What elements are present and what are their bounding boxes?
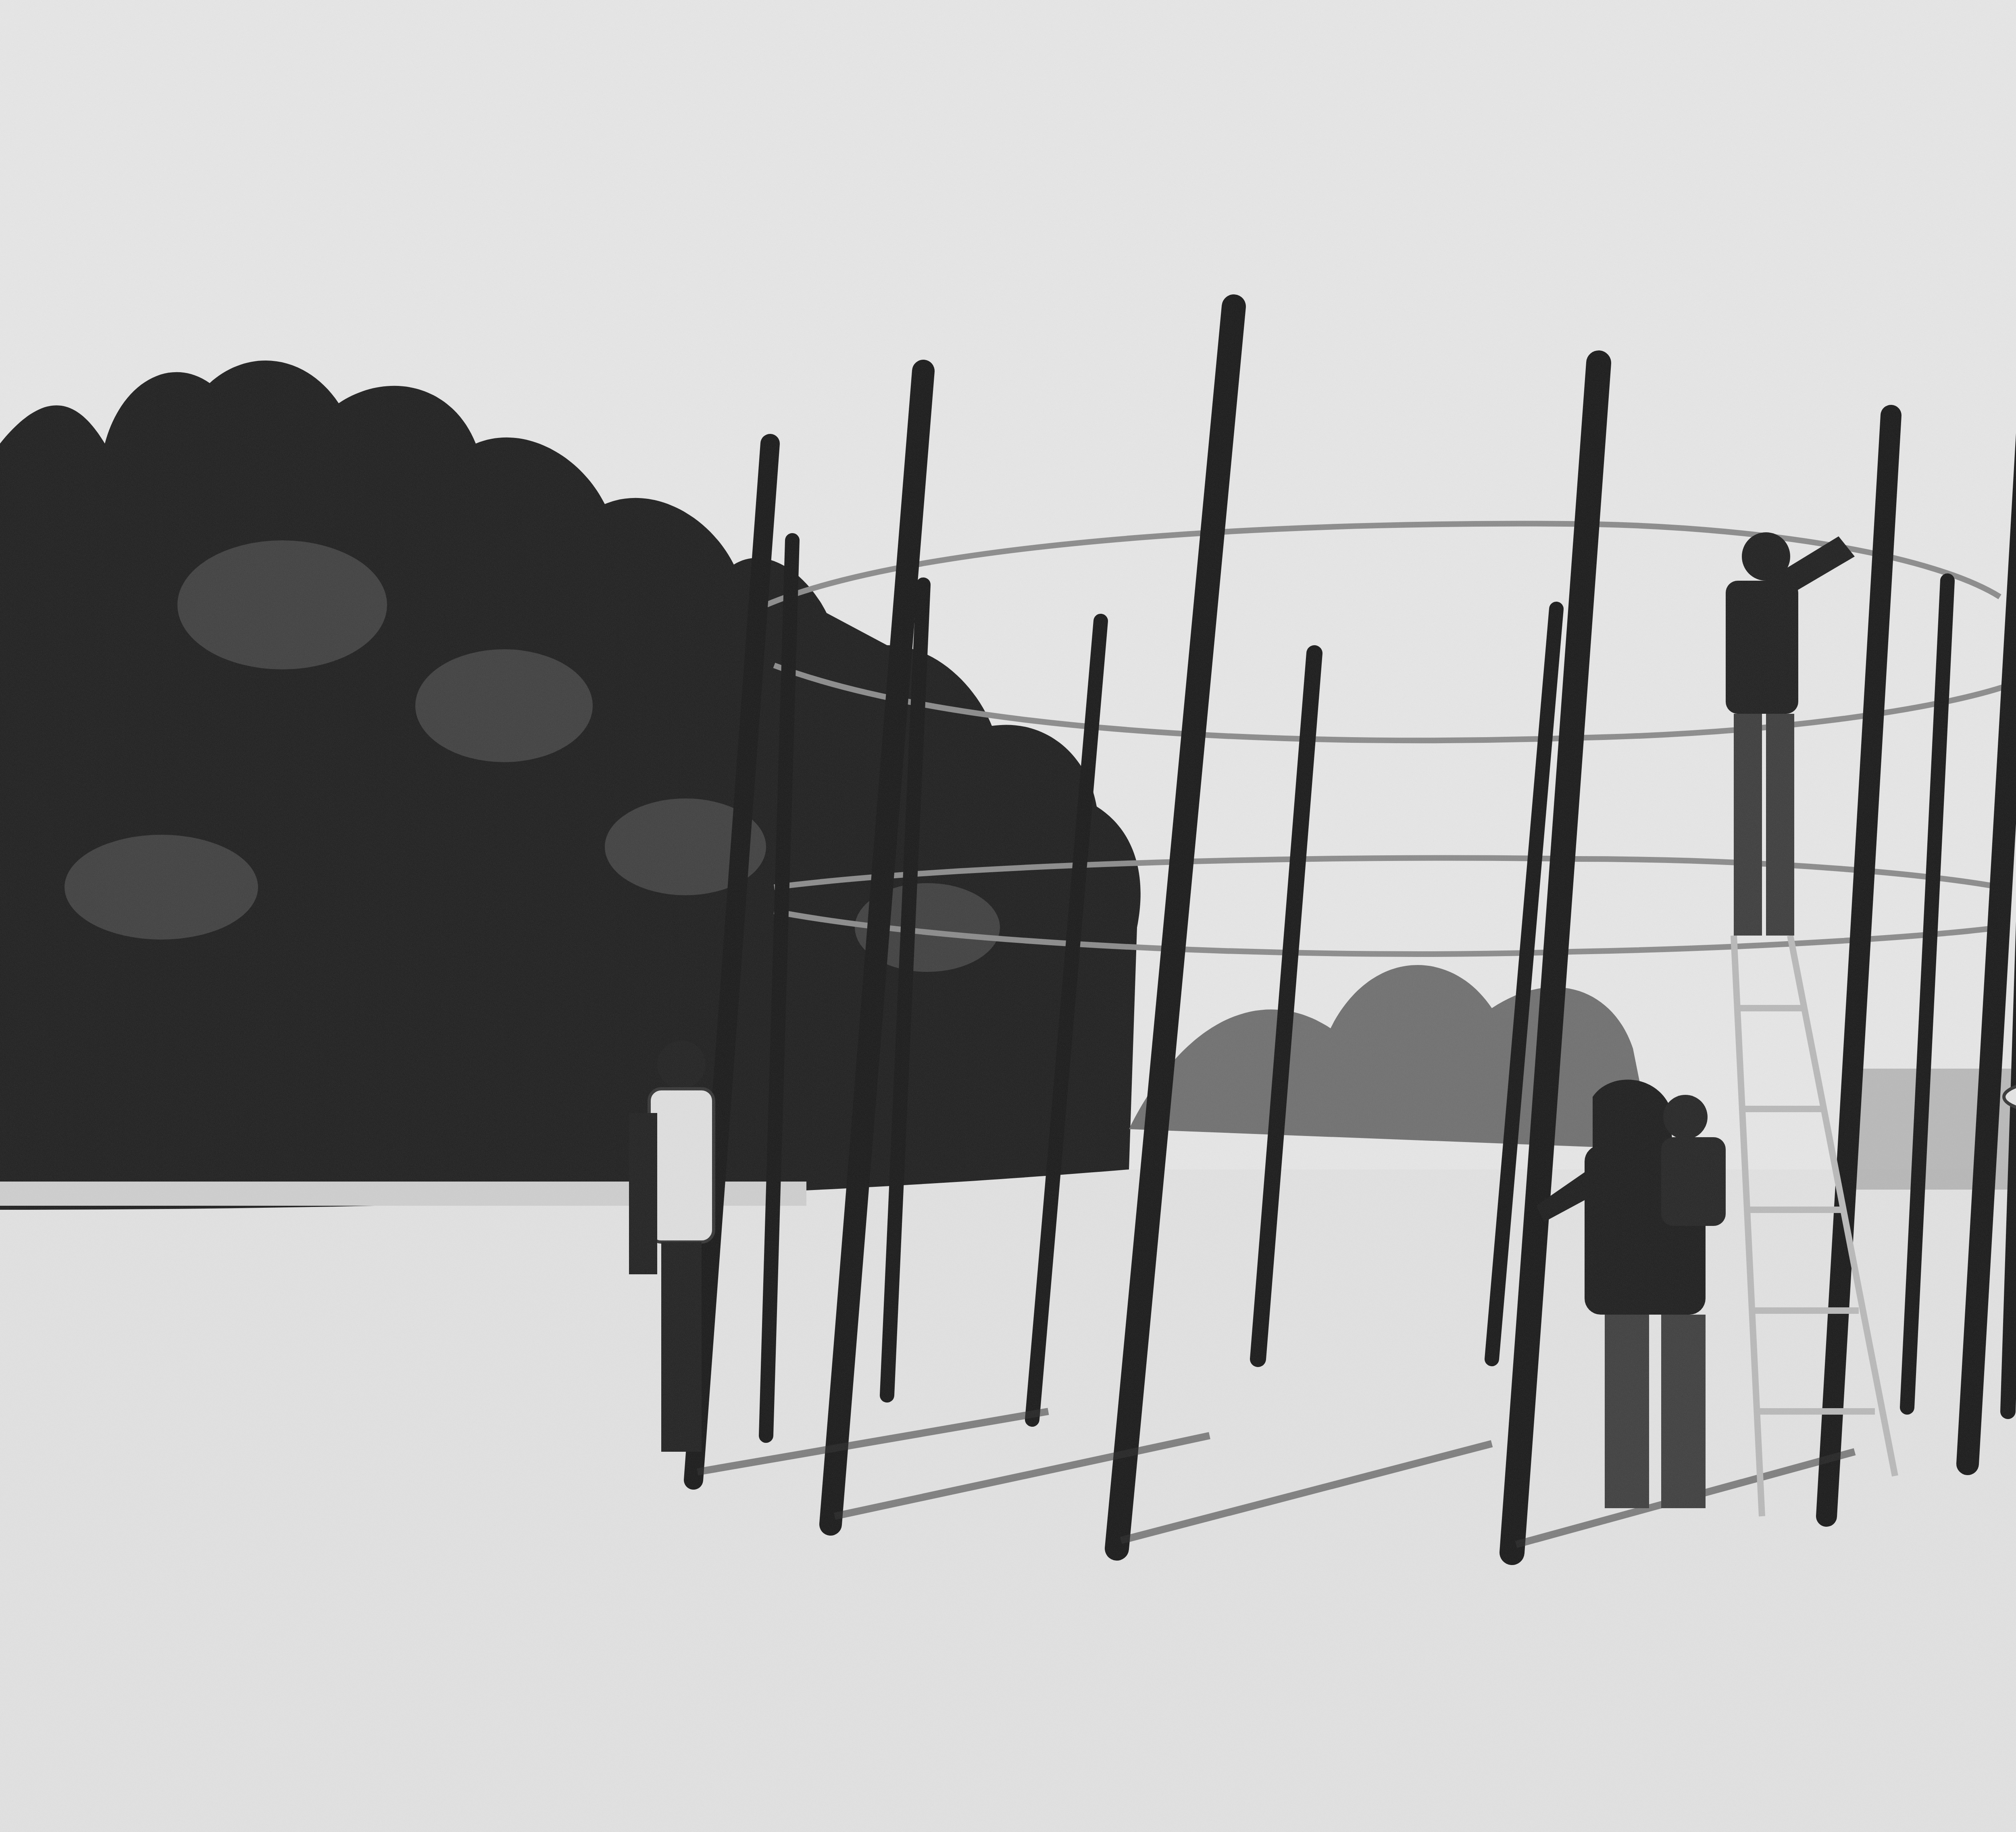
photo-scene bbox=[0, 0, 2016, 1832]
film-grain bbox=[0, 0, 2016, 1832]
